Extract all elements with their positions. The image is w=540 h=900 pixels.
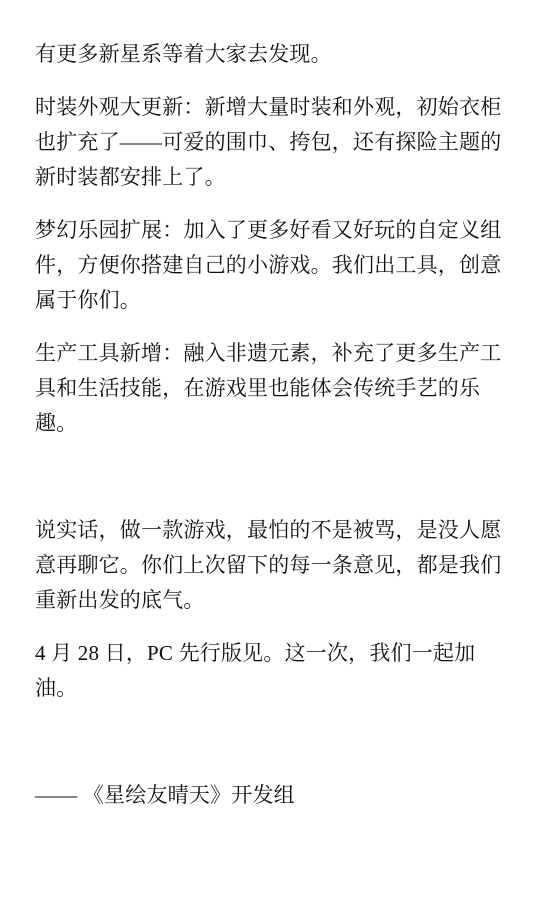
document-body: 有更多新星系等着大家去发现。时装外观大更新：新增大量时装和外观，初始衣柜 也扩充… [0,0,540,813]
signature-dev-team: —— 《星绘友晴天》开发组 [35,778,505,813]
paragraph-honest-words: 说实话，做一款游戏，最怕的不是被骂，是没人愿 意再聊它。你们上次留下的每一条意见… [35,513,505,618]
paragraph-new-galaxies: 有更多新星系等着大家去发现。 [35,37,505,72]
paragraph-fashion-update: 时装外观大更新：新增大量时装和外观，初始衣柜 也扩充了——可爱的围巾、挎包，还有… [35,90,505,195]
paragraph-production-tools: 生产工具新增：融入非遗元素，补充了更多生产工 具和生活技能，在游戏里也能体会传统… [35,336,505,441]
paragraph-release-date: 4 月 28 日，PC 先行版见。这一次，我们一起加 油。 [35,636,505,706]
document-page: 有更多新星系等着大家去发现。时装外观大更新：新增大量时装和外观，初始衣柜 也扩充… [0,0,540,900]
paragraph-dream-park-expansion: 梦幻乐园扩展：加入了更多好看又好玩的自定义组 件，方便你搭建自己的小游戏。我们出… [35,213,505,318]
